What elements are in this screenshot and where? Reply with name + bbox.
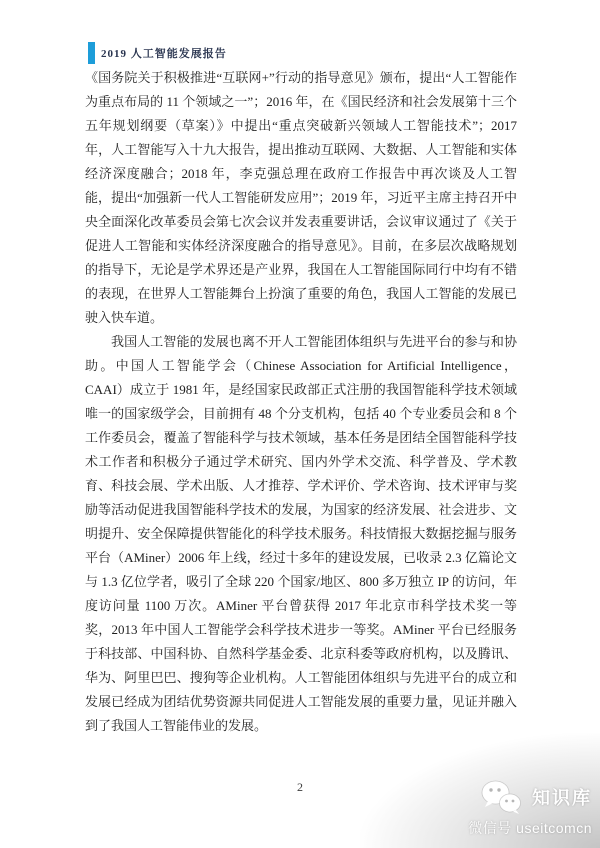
watermark-wechat-id: 微信号 useitcomcn	[402, 818, 592, 838]
paragraph-1: 《国务院关于积极推进“互联网+”行动的指导意见》颁布，提出“人工智能作为重点布局…	[85, 66, 517, 330]
document-body: 《国务院关于积极推进“互联网+”行动的指导意见》颁布，提出“人工智能作为重点布局…	[85, 66, 517, 738]
watermark: 知识库 微信号 useitcomcn	[402, 779, 592, 838]
header-accent-bar	[88, 42, 95, 64]
paragraph-2: 我国人工智能的发展也离不开人工智能团体组织与先进平台的参与和协助。中国人工智能学…	[85, 330, 517, 738]
report-title: 2019 人工智能发展报告	[101, 45, 227, 61]
wechat-icon	[480, 779, 522, 815]
watermark-brand: 知识库	[532, 784, 592, 810]
page-header: 2019 人工智能发展报告	[88, 42, 227, 64]
